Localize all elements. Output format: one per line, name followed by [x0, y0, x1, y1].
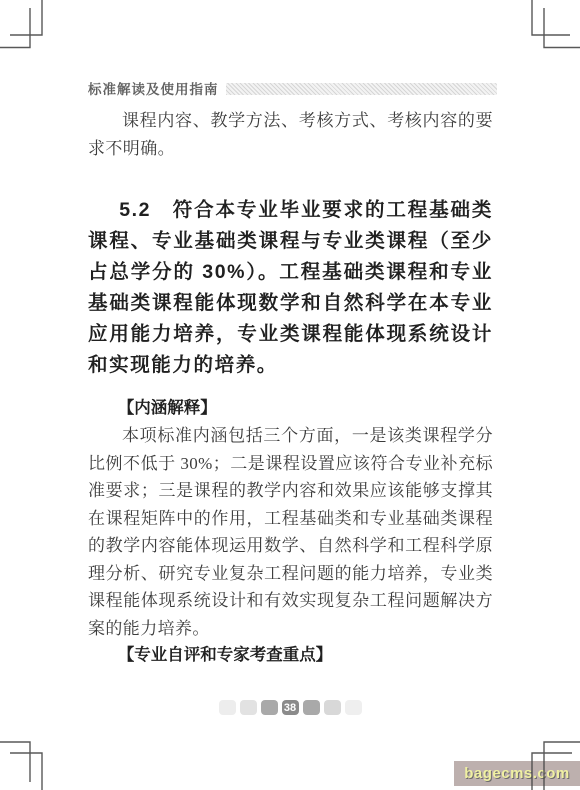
page-number: 38: [282, 700, 299, 715]
crop-mark-top-right: [544, 8, 580, 48]
pager-strip: 38: [0, 700, 580, 715]
keypoints-label: 【专业自评和专家考查重点】: [88, 642, 493, 669]
section-heading-5-2: 5.2 符合本专业毕业要求的工程基础类课程、专业基础类课程与专业类课程（至少占总…: [88, 195, 493, 381]
pager-square: [219, 700, 236, 715]
header-hatch-rule: [226, 83, 498, 95]
crop-mark-bottom-left: [10, 753, 42, 790]
pager-square: [240, 700, 257, 715]
pager-square: [303, 700, 320, 715]
header-title: 标准解读及使用指南: [88, 78, 219, 98]
page-content: 课程内容、教学方法、考核方式、考核内容的要求不明确。 5.2 符合本专业毕业要求…: [88, 107, 493, 669]
crop-mark-bottom-left: [0, 742, 30, 782]
pager-square: [345, 700, 362, 715]
document-page: 标准解读及使用指南 课程内容、教学方法、考核方式、考核内容的要求不明确。 5.2…: [0, 0, 580, 790]
paragraph-connotation: 本项标准内涵包括三个方面，一是该类课程学分比例不低于 30%；二是课程设置应该符…: [88, 422, 493, 642]
pager-square: [261, 700, 278, 715]
crop-mark-top-left: [0, 8, 30, 48]
watermark: bagecms.com: [454, 761, 580, 786]
paragraph-intro: 课程内容、教学方法、考核方式、考核内容的要求不明确。: [88, 107, 493, 162]
crop-mark-top-left: [10, 0, 42, 35]
pager-square: [324, 700, 341, 715]
connotation-label: 【内涵解释】: [88, 395, 493, 422]
crop-mark-top-right: [532, 0, 570, 35]
running-header: 标准解读及使用指南: [88, 80, 497, 96]
